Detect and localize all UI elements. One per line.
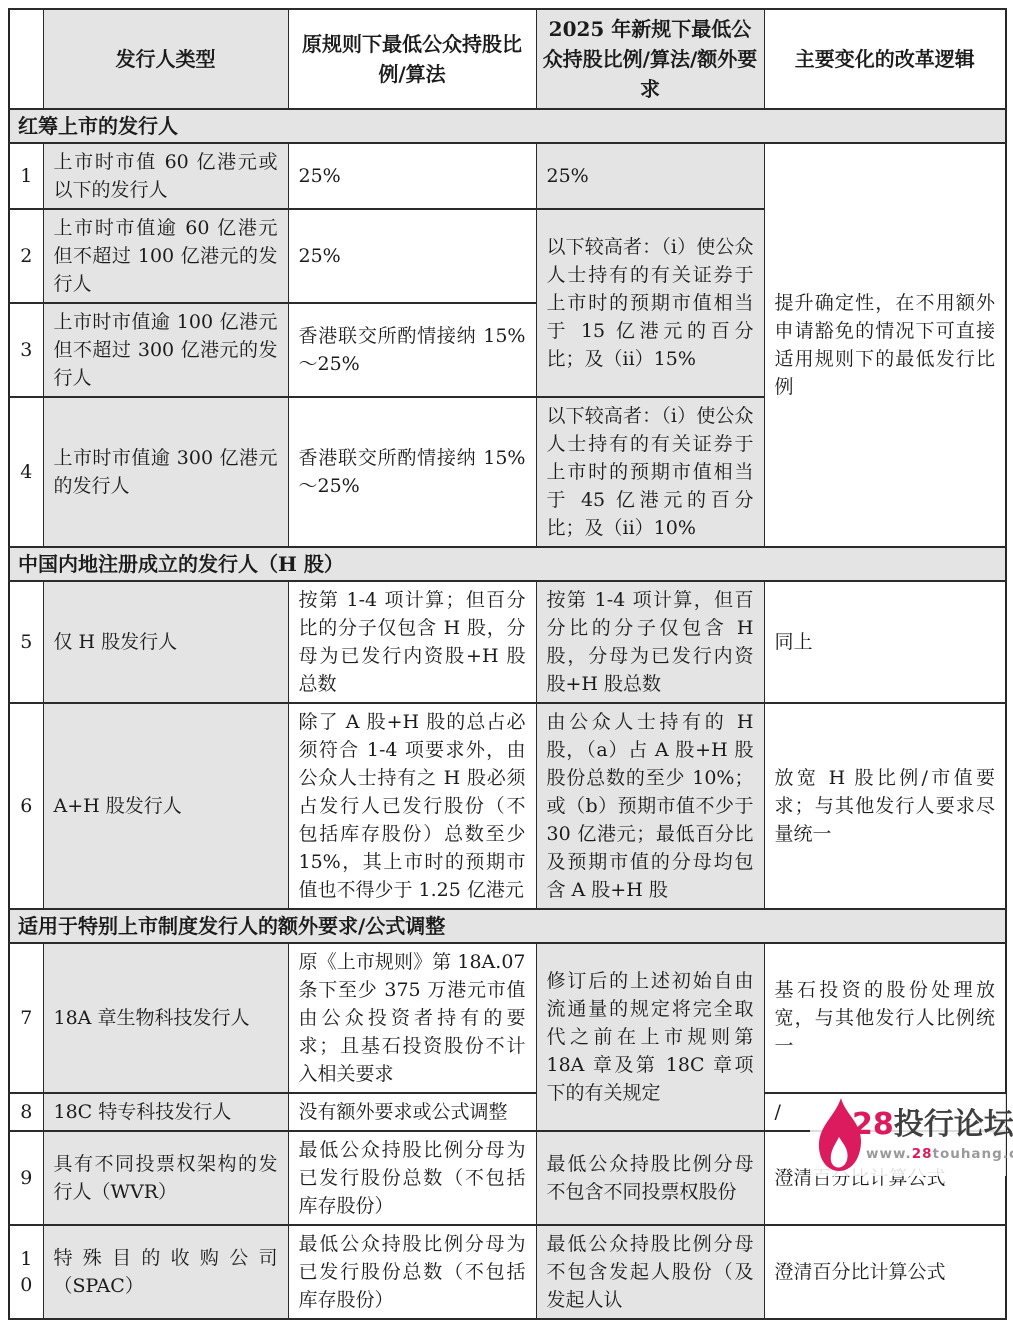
reform-logic-cell: 放宽 H 股比例/市值要求；与其他发行人要求尽量统一 bbox=[764, 703, 1006, 909]
old-rule-cell: 除了 A 股+H 股的总占必须符合 1-4 项要求外，由公众人士持有之 H 股必… bbox=[288, 703, 536, 909]
new-rule-cell: 以下较高者：（i）使公众人士持有的有关证券于上市时的预期市值相当于 15 亿港元… bbox=[536, 209, 764, 397]
new-rule-cell: 最低公众持股比例分母不包含不同投票权股份 bbox=[536, 1131, 764, 1225]
watermark-url-rest: touhang.com bbox=[932, 1146, 1013, 1162]
old-rule-cell: 香港联交所酌情接纳 15%～25% bbox=[288, 397, 536, 547]
issuer-type-cell: 特殊目的收购公司（SPAC） bbox=[43, 1225, 288, 1319]
old-rule-cell: 最低公众持股比例分母为已发行股份总数（不包括库存股份） bbox=[288, 1131, 536, 1225]
old-rule-cell: 按第 1-4 项计算；但百分比的分子仅包含 H 股，分母为已发行内资股+H 股总… bbox=[288, 581, 536, 703]
row-number: 4 bbox=[9, 397, 43, 547]
old-rule-cell: 香港联交所酌情接纳 15%～25% bbox=[288, 303, 536, 397]
table-row: 10 特殊目的收购公司（SPAC） 最低公众持股比例分母为已发行股份总数（不包括… bbox=[9, 1225, 1006, 1319]
row-number: 10 bbox=[9, 1225, 43, 1319]
old-rule-cell: 25% bbox=[288, 209, 536, 303]
watermark-url-www: www. bbox=[866, 1146, 912, 1162]
header-new-rule-2025: 2025 年新规下最低公众持股比例/算法/额外要求 bbox=[536, 9, 764, 109]
new-rule-cell: 由公众人士持有的 H 股，（a）占 A 股+H 股股份总数的至少 10%；或（b… bbox=[536, 703, 764, 909]
old-rule-cell: 25% bbox=[288, 143, 536, 209]
section-header-special-regime: 适用于特别上市制度发行人的额外要求/公式调整 bbox=[9, 909, 1006, 943]
row-number: 1 bbox=[9, 143, 43, 209]
new-rule-cell: 最低公众持股比例分母不包含发起人股份（及发起人认 bbox=[536, 1225, 764, 1319]
table-row: 5 仅 H 股发行人 按第 1-4 项计算；但百分比的分子仅包含 H 股，分母为… bbox=[9, 581, 1006, 703]
table-row: 6 A+H 股发行人 除了 A 股+H 股的总占必须符合 1-4 项要求外，由公… bbox=[9, 703, 1006, 909]
watermark-brand-number: 28 bbox=[852, 1107, 894, 1142]
document-page: 发行人类型 原规则下最低公众持股比例/算法 2025 年新规下最低公众持股比例/… bbox=[0, 0, 1013, 1186]
issuer-type-cell: 上市时市值 60 亿港元或以下的发行人 bbox=[43, 143, 288, 209]
table-row: 7 18A 章生物科技发行人 原《上市规则》第 18A.07 条下至少 375 … bbox=[9, 943, 1006, 1093]
section-header-hshare: 中国内地注册成立的发行人（H 股） bbox=[9, 547, 1006, 581]
header-reform-logic: 主要变化的改革逻辑 bbox=[764, 9, 1006, 109]
row-number: 6 bbox=[9, 703, 43, 909]
reform-logic-cell: 同上 bbox=[764, 581, 1006, 703]
watermark: 28投行论坛 www.28touhang.com bbox=[810, 1094, 1006, 1176]
watermark-brand: 28投行论坛 bbox=[852, 1108, 1013, 1142]
issuer-type-cell: 上市时市值逾 100 亿港元但不超过 300 亿港元的发行人 bbox=[43, 303, 288, 397]
issuer-type-cell: 具有不同投票权架构的发行人（WVR） bbox=[43, 1131, 288, 1225]
watermark-url-number: 28 bbox=[912, 1146, 933, 1162]
reform-logic-cell: 提升确定性，在不用额外申请豁免的情况下可直接适用规则下的最低发行比例 bbox=[764, 143, 1006, 547]
section-header-redchip: 红筹上市的发行人 bbox=[9, 109, 1006, 143]
section-row-special-regime: 适用于特别上市制度发行人的额外要求/公式调整 bbox=[9, 909, 1006, 943]
reform-logic-cell: 基石投资的股份处理放宽，与其他发行人比例统一 bbox=[764, 943, 1006, 1093]
issuer-type-cell: A+H 股发行人 bbox=[43, 703, 288, 909]
table-row: 1 上市时市值 60 亿港元或以下的发行人 25% 25% 提升确定性，在不用额… bbox=[9, 143, 1006, 209]
table-header-row: 发行人类型 原规则下最低公众持股比例/算法 2025 年新规下最低公众持股比例/… bbox=[9, 9, 1006, 109]
header-issuer-type: 发行人类型 bbox=[43, 9, 288, 109]
watermark-url: www.28touhang.com bbox=[866, 1146, 1013, 1162]
issuer-type-cell: 上市时市值逾 60 亿港元但不超过 100 亿港元的发行人 bbox=[43, 209, 288, 303]
row-number: 9 bbox=[9, 1131, 43, 1225]
new-rule-cell: 修订后的上述初始自由流通量的规定将完全取代之前在上市规则第 18A 章及第 18… bbox=[536, 943, 764, 1131]
old-rule-cell: 没有额外要求或公式调整 bbox=[288, 1093, 536, 1131]
header-old-rule: 原规则下最低公众持股比例/算法 bbox=[288, 9, 536, 109]
issuer-type-cell: 18A 章生物科技发行人 bbox=[43, 943, 288, 1093]
header-index bbox=[9, 9, 43, 109]
issuer-type-cell: 仅 H 股发行人 bbox=[43, 581, 288, 703]
new-rule-cell: 按第 1-4 项计算，但百分比的分子仅包含 H 股，分母为已发行内资股+H 股总… bbox=[536, 581, 764, 703]
reform-logic-cell: 澄清百分比计算公式 bbox=[764, 1225, 1006, 1319]
new-rule-cell: 以下较高者：（i）使公众人士持有的有关证券于上市时的预期市值相当于 45 亿港元… bbox=[536, 397, 764, 547]
new-rule-cell: 25% bbox=[536, 143, 764, 209]
row-number: 5 bbox=[9, 581, 43, 703]
row-number: 3 bbox=[9, 303, 43, 397]
issuer-type-cell: 上市时市值逾 300 亿港元的发行人 bbox=[43, 397, 288, 547]
watermark-brand-name: 投行论坛 bbox=[894, 1107, 1013, 1142]
section-row-hshare: 中国内地注册成立的发行人（H 股） bbox=[9, 547, 1006, 581]
row-number: 8 bbox=[9, 1093, 43, 1131]
old-rule-cell: 原《上市规则》第 18A.07 条下至少 375 万港元市值由公众投资者持有的要… bbox=[288, 943, 536, 1093]
section-row-redchip: 红筹上市的发行人 bbox=[9, 109, 1006, 143]
row-number: 7 bbox=[9, 943, 43, 1093]
issuer-type-cell: 18C 特专科技发行人 bbox=[43, 1093, 288, 1131]
old-rule-cell: 最低公众持股比例分母为已发行股份总数（不包括库存股份） bbox=[288, 1225, 536, 1319]
row-number: 2 bbox=[9, 209, 43, 303]
